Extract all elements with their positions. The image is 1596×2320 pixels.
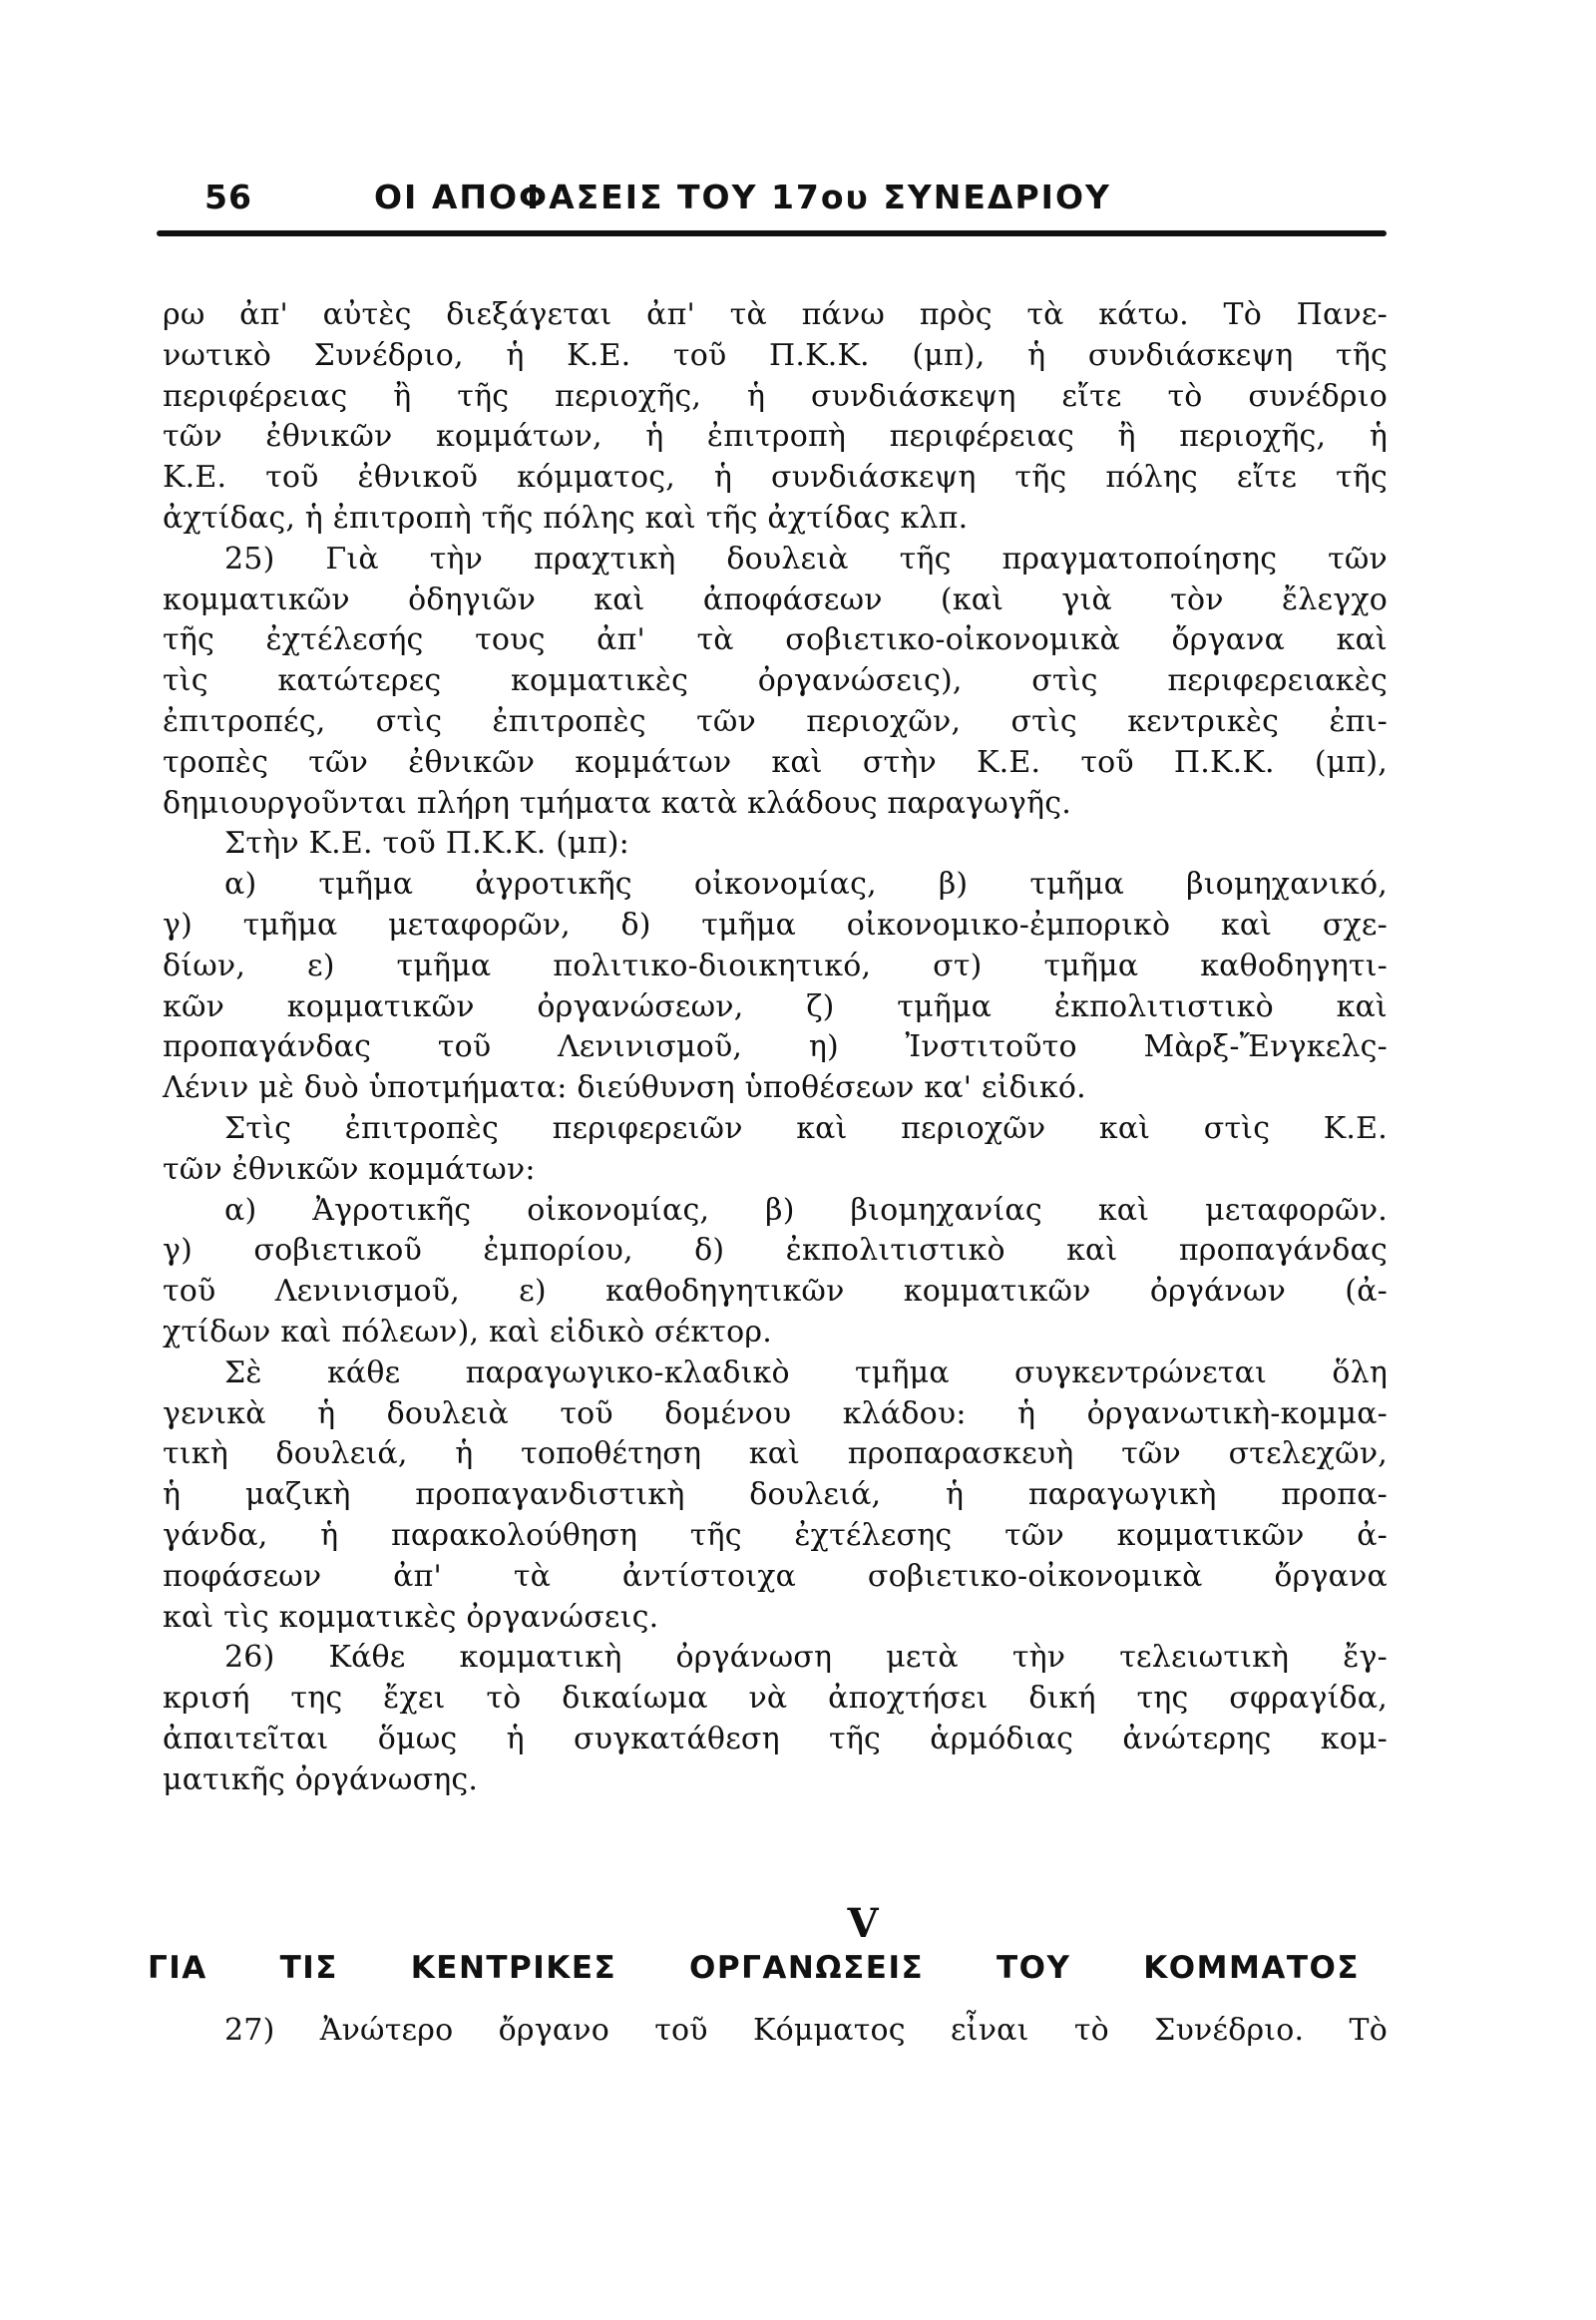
text-line: Στὶς ἐπιτροπὲς περιφερειῶν καὶ περιοχῶν … [163, 1109, 1388, 1150]
page-number: 56 [204, 178, 252, 216]
text-line: δημιουργοῦνται πλήρη τμήματα κατὰ κλάδου… [163, 784, 1388, 825]
text-line: κομματικῶν ὁδηγιῶν καὶ ἀποφάσεων (καὶ γι… [163, 580, 1388, 621]
text-line: τικὴ δουλειά, ἡ τοποθέτηση καὶ προπαρασκ… [163, 1434, 1388, 1475]
text-line: ἀπαιτεῖται ὅμως ἡ συγκατάθεση τῆς ἁρμόδι… [163, 1720, 1388, 1760]
running-header: 56 ΟΙ ΑΠΟΦΑΣΕΙΣ ΤΟΥ 17ου ΣΥΝΕΔΡΙΟΥ [204, 178, 1387, 217]
book-title: ΟΙ ΑΠΟΦΑΣΕΙΣ ΤΟΥ 17ου ΣΥΝΕΔΡΙΟΥ [374, 178, 1111, 216]
text-line: χτίδων καὶ πόλεων), καὶ εἰδικὸ σέκτορ. [163, 1313, 1388, 1353]
text-line: γ) τμῆμα μεταφορῶν, δ) τμῆμα οἰκονομικο-… [163, 906, 1388, 947]
text-line: κρισή της ἔχει τὸ δικαίωμα νὰ ἀποχτήσει … [163, 1679, 1388, 1720]
text-line: προπαγάνδας τοῦ Λενινισμοῦ, η) Ἰνστιτοῦτ… [163, 1027, 1388, 1068]
text-line: τοῦ Λενινισμοῦ, ε) καθοδηγητικῶν κομματι… [163, 1272, 1388, 1313]
text-line: κῶν κομματικῶν ὀργανώσεων, ζ) τμῆμα ἐκπο… [163, 987, 1388, 1028]
text-line: ἡ μαζικὴ προπαγανδιστικὴ δουλειά, ἡ παρα… [163, 1475, 1388, 1516]
text-line: ποφάσεων ἀπ' τὰ ἀντίστοιχα σοβιετικο-οἰκ… [163, 1557, 1388, 1598]
text-line: τῶν ἐθνικῶν κομμάτων, ἡ ἐπιτροπὴ περιφέρ… [163, 417, 1388, 458]
text-line: 26) Κάθε κομματικὴ ὀργάνωση μετὰ τὴν τελ… [163, 1638, 1388, 1679]
text-line: ἐπιτροπές, στὶς ἐπιτροπὲς τῶν περιοχῶν, … [163, 702, 1388, 743]
text-line: Σὲ κάθε παραγωγικο-κλαδικὸ τμῆμα συγκεντ… [163, 1353, 1388, 1394]
text-line: 27) Ἀνώτερο ὄργανο τοῦ Κόμματος εἶναι τὸ… [163, 2011, 1388, 2052]
text-line: δίων, ε) τμῆμα πολιτικο-διοικητικό, στ) … [163, 947, 1388, 987]
text-line: Στὴν Κ.Ε. τοῦ Π.Κ.Κ. (μπ): [163, 824, 1388, 865]
text-line: Λένιν μὲ δυὸ ὑποτμήματα: διεύθυνση ὑποθέ… [163, 1068, 1388, 1109]
text-line: Κ.Ε. τοῦ ἐθνικοῦ κόμματος, ἡ συνδιάσκεψη… [163, 458, 1388, 499]
text-line: γάνδα, ἡ παρακολούθηση τῆς ἐχτέλεσης τῶν… [163, 1516, 1388, 1557]
text-line: ματικῆς ὀργάνωσης. [163, 1760, 1388, 1801]
header-rule [157, 230, 1387, 236]
text-line: περιφέρειας ἢ τῆς περιοχῆς, ἡ συνδιάσκεψ… [163, 377, 1388, 418]
section-number: V [0, 1900, 1596, 1947]
text-line: ἀχτίδας, ἡ ἐπιτροπὴ τῆς πόλης καὶ τῆς ἀχ… [163, 499, 1388, 540]
body-text: ρω ἀπ' αὐτὲς διεξάγεται ἀπ' τὰ πάνω πρὸς… [163, 295, 1388, 1800]
text-line: 25) Γιὰ τὴν πραχτικὴ δουλειὰ τῆς πραγματ… [163, 540, 1388, 580]
text-line: γενικὰ ἡ δουλειὰ τοῦ δομένου κλάδου: ἡ ὀ… [163, 1394, 1388, 1435]
text-line: τῆς ἐχτέλεσής τους ἀπ' τὰ σοβιετικο-οἰκο… [163, 620, 1388, 661]
text-line: νωτικὸ Συνέδριο, ἡ Κ.Ε. τοῦ Π.Κ.Κ. (μπ),… [163, 336, 1388, 377]
text-line: α) τμῆμα ἀγροτικῆς οἰκονομίας, β) τμῆμα … [163, 865, 1388, 906]
section-title: ΓΙΑ ΤΙΣ ΚΕΝΤΡΙΚΕΣ ΟΡΓΑΝΩΣΕΙΣ ΤΟΥ ΚΟΜΜΑΤΟ… [148, 1950, 1360, 1986]
text-line: τῶν ἐθνικῶν κομμάτων: [163, 1150, 1388, 1191]
text-line: τροπὲς τῶν ἐθνικῶν κομμάτων καὶ στὴν Κ.Ε… [163, 743, 1388, 784]
text-line: ρω ἀπ' αὐτὲς διεξάγεται ἀπ' τὰ πάνω πρὸς… [163, 295, 1388, 336]
text-line: α) Ἀγροτικῆς οἰκονομίας, β) βιομηχανίας … [163, 1191, 1388, 1232]
text-line: γ) σοβιετικοῦ ἐμπορίου, δ) ἐκπολιτιστικὸ… [163, 1231, 1388, 1272]
paragraph-27: 27) Ἀνώτερο ὄργανο τοῦ Κόμματος εἶναι τὸ… [163, 2011, 1388, 2052]
text-line: καὶ τὶς κομματικὲς ὀργανώσεις. [163, 1598, 1388, 1639]
text-line: τὶς κατώτερες κομματικὲς ὀργανώσεις), στ… [163, 661, 1388, 702]
